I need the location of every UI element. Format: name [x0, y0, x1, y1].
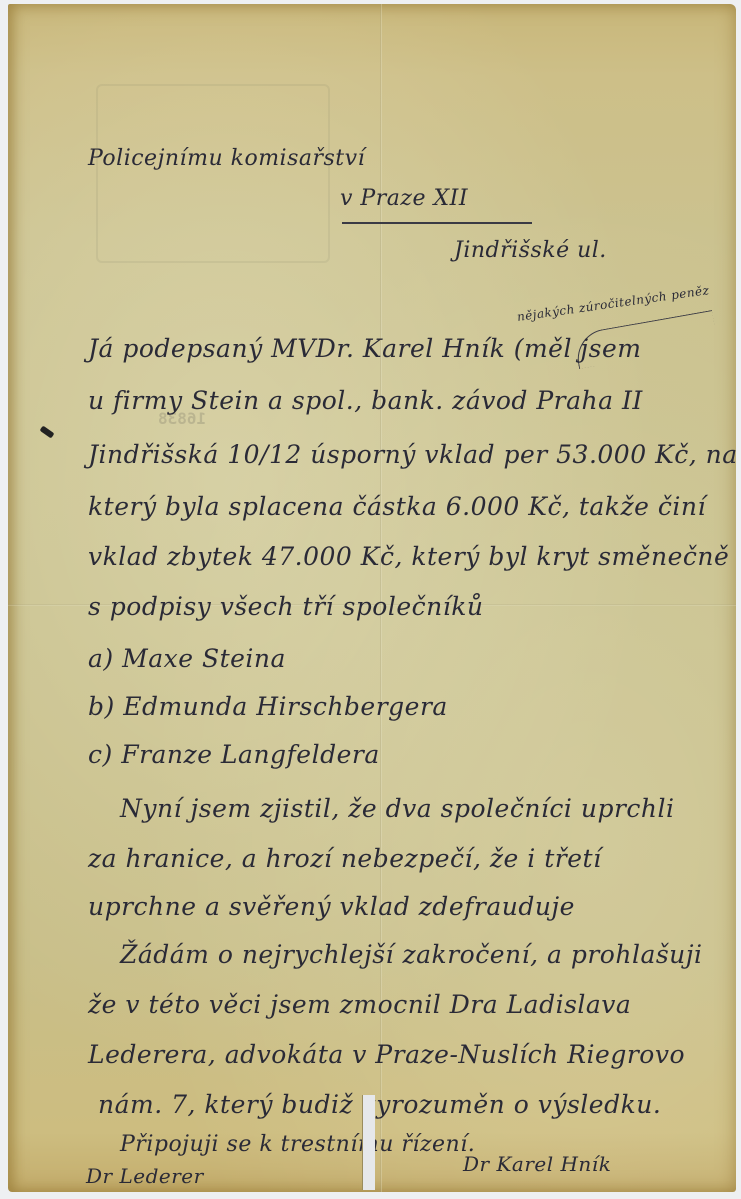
paragraph2-line-1: Nyní jsem zjistil, že dva společníci upr… — [120, 794, 675, 823]
signature-right: Dr Karel Hník — [463, 1152, 611, 1176]
body-line-1: Já podepsaný MVDr. Karel Hník (měl jsem — [88, 334, 641, 363]
ink-mark — [40, 426, 55, 439]
addressee-street: Jindřišské ul. — [454, 238, 607, 263]
closing-line: Připojuji se k trestnímu řízení. — [120, 1132, 475, 1157]
partner-b-label: b) — [88, 692, 115, 721]
partner-c-name: Franze Langfeldera — [121, 740, 380, 769]
addressee-city: v Praze XII — [340, 186, 468, 211]
paragraph2-line-2: za hranice, a hrozí nebezpečí, že i třet… — [88, 844, 602, 873]
address-underline — [342, 222, 532, 224]
body-line-4: který byla splacena částka 6.000 Kč, tak… — [88, 492, 706, 521]
signature-left: Dr Lederer — [86, 1164, 204, 1188]
paragraph3-line-4: nám. 7, který budiž vyrozuměn o výsledku… — [98, 1090, 661, 1119]
partner-c-label: c) — [88, 740, 113, 769]
paragraph3-line-3: Lederera, advokáta v Praze-Nuslích Riegr… — [88, 1040, 685, 1069]
paragraph2-line-3: uprchne a svěřený vklad zdefrauduje — [88, 892, 575, 921]
body-line-5: vklad zbytek 47.000 Kč, který byl kryt s… — [88, 542, 729, 571]
letter-sheet: 16838 Policejnímu komisařství v Praze XI… — [8, 4, 736, 1192]
faded-stamp-outline — [96, 84, 330, 263]
partner-c: c) Franze Langfeldera — [88, 740, 380, 769]
paper-tear — [362, 1095, 375, 1190]
addressee-office: Policejnímu komisařství — [88, 146, 365, 171]
partner-b: b) Edmunda Hirschbergera — [88, 692, 448, 721]
body-line-3: Jindřišská 10/12 úsporný vklad per 53.00… — [88, 440, 738, 469]
partner-a-name: Maxe Steina — [122, 644, 286, 673]
partner-b-name: Edmunda Hirschbergera — [123, 692, 448, 721]
partner-a: a) Maxe Steina — [88, 644, 286, 673]
body-line-2: u firmy Stein a spol., bank. závod Praha… — [88, 386, 643, 415]
paragraph3-line-2: že v této věci jsem zmocnil Dra Ladislav… — [88, 990, 631, 1019]
paragraph3-line-1: Žádám o nejrychlejší zakročení, a prohla… — [120, 940, 703, 969]
body-line-6: s podpisy všech tří společníků — [88, 592, 484, 621]
partner-a-label: a) — [88, 644, 114, 673]
